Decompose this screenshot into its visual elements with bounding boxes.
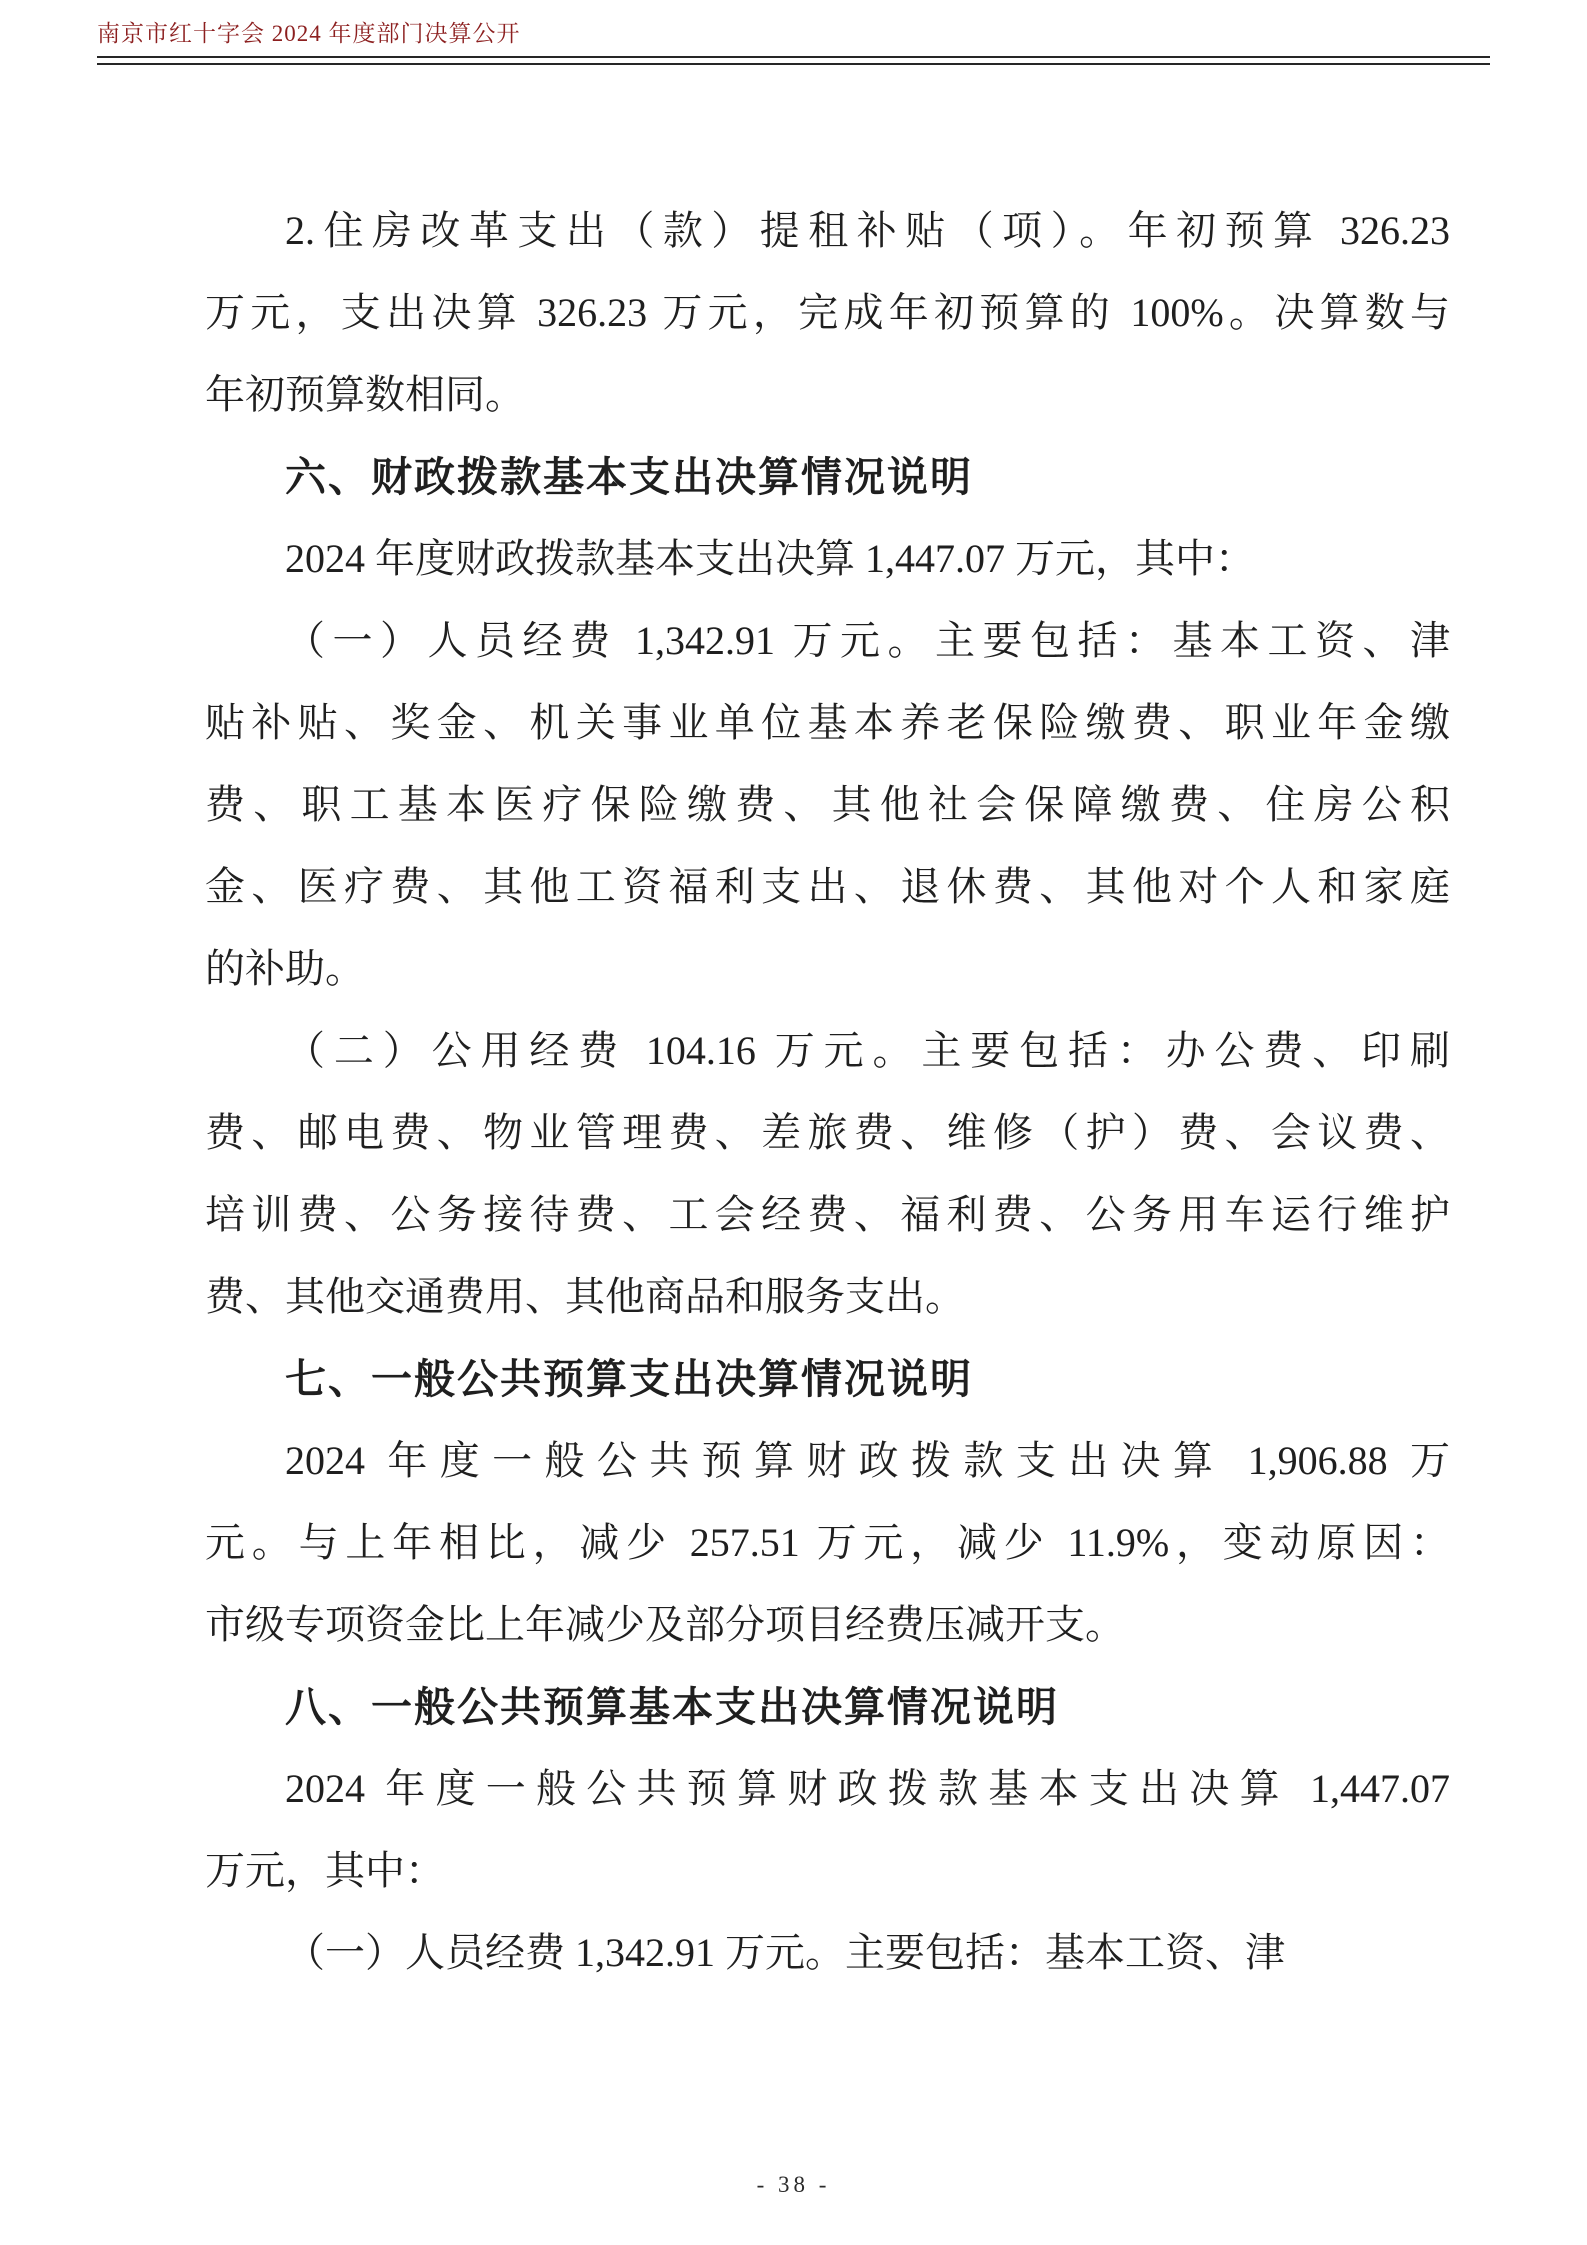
footer-page-number: - 38 - (757, 2172, 831, 2197)
text-line: 2024 年度财政拨款基本支出决算 1,447.07 万元，其中： (205, 518, 1450, 600)
text-line: （二）公用经费 104.16 万元。主要包括：办公费、印刷 (205, 1010, 1450, 1092)
section-heading: 七、一般公共预算支出决算情况说明 (205, 1338, 1450, 1420)
page-header: 南京市红十字会 2024 年度部门决算公开 (97, 14, 1490, 65)
text-line: 2024 年度一般公共预算财政拨款支出决算 1,906.88 万 (205, 1420, 1450, 1502)
document-body: 2.住房改革支出（款）提租补贴（项）。年初预算 326.23万元，支出决算 32… (205, 190, 1450, 1994)
text-line: 元。与上年相比，减少 257.51 万元，减少 11.9%，变动原因： (205, 1502, 1450, 1584)
text-line: 年初预算数相同。 (205, 354, 1450, 436)
paragraph: （一）人员经费 1,342.91 万元。主要包括：基本工资、津贴补贴、奖金、机关… (205, 600, 1450, 1010)
text-line: 2.住房改革支出（款）提租补贴（项）。年初预算 326.23 (205, 190, 1450, 272)
text-line: 费、邮电费、物业管理费、差旅费、维修（护）费、会议费、 (205, 1092, 1450, 1174)
paragraph: 2.住房改革支出（款）提租补贴（项）。年初预算 326.23万元，支出决算 32… (205, 190, 1450, 436)
text-line: 培训费、公务接待费、工会经费、福利费、公务用车运行维护 (205, 1174, 1450, 1256)
section-heading: 六、财政拨款基本支出决算情况说明 (205, 436, 1450, 518)
header-rule (97, 56, 1490, 65)
text-line: 金、医疗费、其他工资福利支出、退休费、其他对个人和家庭 (205, 846, 1450, 928)
text-line: （一）人员经费 1,342.91 万元。主要包括：基本工资、津 (205, 1912, 1450, 1994)
text-line: 2024 年度一般公共预算财政拨款基本支出决算 1,447.07 (205, 1748, 1450, 1830)
heading-line: 八、一般公共预算基本支出决算情况说明 (205, 1666, 1450, 1748)
page-footer: - 38 - (0, 2172, 1587, 2198)
paragraph: 2024 年度一般公共预算财政拨款支出决算 1,906.88 万元。与上年相比，… (205, 1420, 1450, 1666)
heading-line: 七、一般公共预算支出决算情况说明 (205, 1338, 1450, 1420)
heading-line: 六、财政拨款基本支出决算情况说明 (205, 436, 1450, 518)
text-line: 费、其他交通费用、其他商品和服务支出。 (205, 1256, 1450, 1338)
text-line: 费、职工基本医疗保险缴费、其他社会保障缴费、住房公积 (205, 764, 1450, 846)
text-line: 市级专项资金比上年减少及部分项目经费压减开支。 (205, 1584, 1450, 1666)
header-title: 南京市红十字会 2024 年度部门决算公开 (97, 14, 1490, 54)
text-line: （一）人员经费 1,342.91 万元。主要包括：基本工资、津 (205, 600, 1450, 682)
text-line: 万元，其中： (205, 1830, 1450, 1912)
document-page: 南京市红十字会 2024 年度部门决算公开 2.住房改革支出（款）提租补贴（项）… (0, 0, 1587, 2245)
paragraph: 2024 年度财政拨款基本支出决算 1,447.07 万元，其中： (205, 518, 1450, 600)
paragraph: 2024 年度一般公共预算财政拨款基本支出决算 1,447.07万元，其中： (205, 1748, 1450, 1912)
text-line: 贴补贴、奖金、机关事业单位基本养老保险缴费、职业年金缴 (205, 682, 1450, 764)
section-heading: 八、一般公共预算基本支出决算情况说明 (205, 1666, 1450, 1748)
text-line: 的补助。 (205, 928, 1450, 1010)
text-line: 万元，支出决算 326.23 万元，完成年初预算的 100%。决算数与 (205, 272, 1450, 354)
paragraph: （二）公用经费 104.16 万元。主要包括：办公费、印刷费、邮电费、物业管理费… (205, 1010, 1450, 1338)
paragraph: （一）人员经费 1,342.91 万元。主要包括：基本工资、津 (205, 1912, 1450, 1994)
